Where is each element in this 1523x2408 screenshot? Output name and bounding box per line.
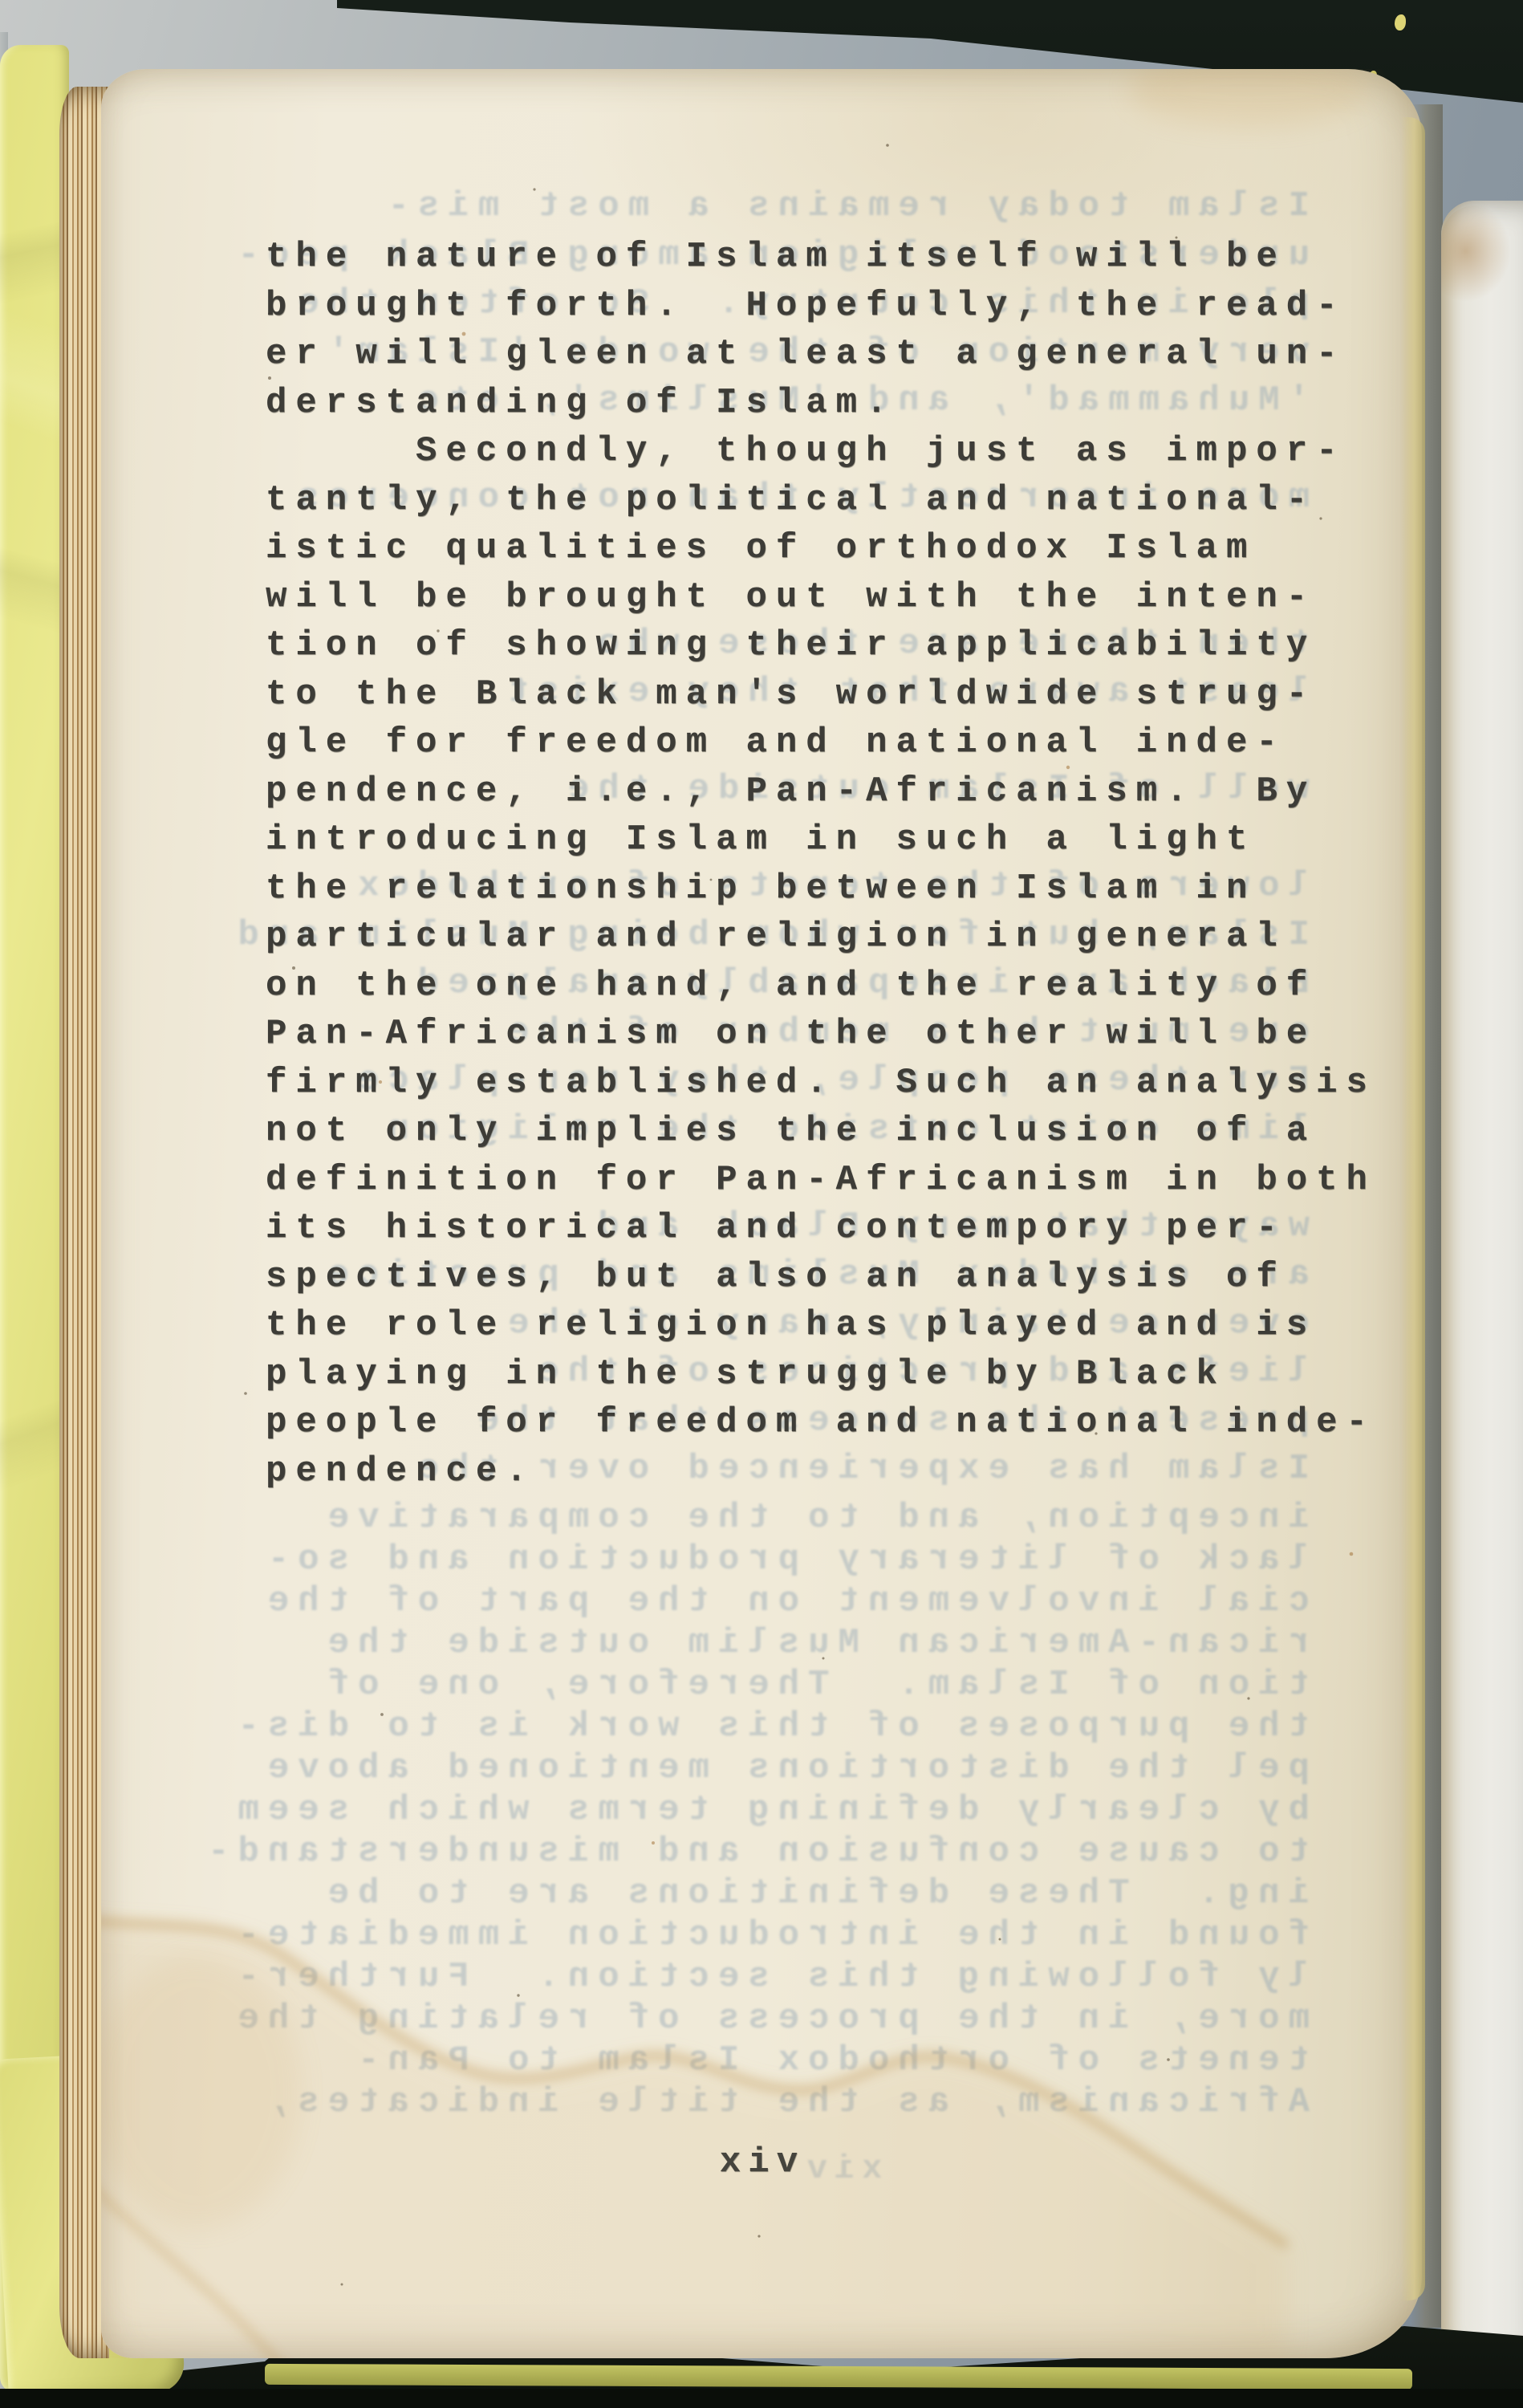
typewritten-line: the role religion has played and is	[266, 1301, 1405, 1350]
typewritten-line: spectives, but also an analysis of	[266, 1253, 1405, 1302]
typewritten-line: definition for Pan-Africanism in both	[266, 1156, 1405, 1205]
typewritten-line: will be brought out with the inten-	[266, 573, 1405, 622]
facing-page-edge	[1441, 201, 1523, 2342]
typewritten-line: istic qualities of orthodox Islam	[266, 524, 1405, 573]
bleedthrough-text-lower: lack of literary production and so-cial …	[266, 1539, 1310, 2123]
typewritten-line: derstanding of Islam.	[266, 379, 1405, 428]
bleedthrough-line: tion of Islam. Therefore, one of	[266, 1664, 1310, 1706]
typewritten-line: particular and religion in general	[266, 913, 1405, 962]
typewritten-line: the relationship between Islam in	[266, 864, 1405, 913]
scanner-background-bottom-strip	[0, 2389, 1523, 2408]
typewritten-line: playing in the struggle by Black	[266, 1350, 1405, 1399]
typewritten-line: introducing Islam in such a light	[266, 816, 1405, 864]
typewritten-line: people for freedom and national inde-	[266, 1398, 1405, 1447]
bleedthrough-line: Africanism, as the title indicates,	[266, 2081, 1310, 2123]
typewritten-line: pendence, i.e., Pan-Africanism. By	[266, 767, 1405, 816]
typewritten-line: on the one hand, and the reality of	[266, 962, 1405, 1011]
typewritten-line: the nature of Islam itself will be	[266, 233, 1405, 282]
typewritten-line: Secondly, though just as impor-	[266, 427, 1405, 476]
bleedthrough-line: found in the introduction immediate-	[266, 1914, 1310, 1956]
bleedthrough-line: more, in the process of relating the	[266, 1998, 1310, 2040]
bleedthrough-line: the purposes of this work is to dis-	[266, 1706, 1310, 1747]
bleedthrough-line: ly following this section. Further-	[266, 1956, 1310, 1998]
typewritten-line: tantly, the political and national-	[266, 476, 1405, 525]
typewritten-line: tion of showing their applicability	[266, 621, 1405, 670]
typewritten-line: gle for freedom and national inde-	[266, 718, 1405, 767]
bleedthrough-line: ing. These definitions are to be	[266, 1873, 1310, 1914]
typewritten-text-block: the nature of Islam itself will bebrough…	[266, 233, 1405, 1495]
typewritten-line: pendence.	[266, 1447, 1405, 1496]
typewritten-line: to the Black man's worldwide strug-	[266, 670, 1405, 719]
typewritten-line: not only implies the inclusion of a	[266, 1107, 1405, 1156]
bleedthrough-line: cial involvement on the part of the	[266, 1580, 1310, 1622]
typewritten-line: brought forth. Hopefully, the read-	[266, 282, 1405, 331]
bleedthrough-line: Islam today remains a most mis-	[266, 182, 1310, 231]
bleedthrough-line: tenets of orthodox Islam to Pan-	[266, 2040, 1310, 2081]
typewritten-line: firmly established. Such an analysis	[266, 1059, 1405, 1108]
bleedthrough-line: lack of literary production and so-	[266, 1539, 1310, 1580]
bleedthrough-line: by clearly defining terms which seem	[266, 1789, 1310, 1831]
bleedthrough-line: inception, and to the comparative	[266, 1494, 1310, 1543]
bleedthrough-line: pel the distortions mentioned above	[266, 1747, 1310, 1789]
facing-page-stain	[1441, 205, 1523, 358]
bleedthrough-line: rican-American Muslim outside the	[266, 1622, 1310, 1664]
typewritten-line: er will gleen at least a general un-	[266, 330, 1405, 379]
typewritten-line: its historical and contempory per-	[266, 1204, 1405, 1253]
bleedthrough-line: to cause confusion and misunderstand-	[266, 1831, 1310, 1873]
page-number: xiv	[682, 2138, 843, 2186]
book-scan-scene: Islam today remains a most mis-understoo…	[0, 0, 1523, 2408]
typewritten-line: Pan-Africanism on the other will be	[266, 1010, 1405, 1059]
